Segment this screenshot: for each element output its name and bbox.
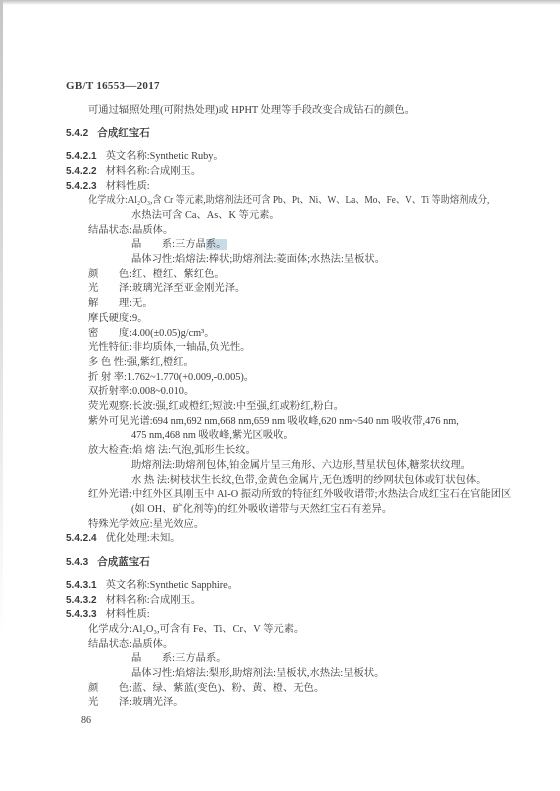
property-line: 摩氏硬度:9。: [88, 312, 552, 327]
property-line: 解 理:无。: [88, 297, 552, 312]
property-line: 水热法可含 Ca、As、K 等元素。: [131, 209, 552, 224]
property-line: 荧光观察:长波:强,红或橙红;短波:中至强,红或粉红,粉白。: [88, 400, 552, 415]
intro-paragraph: 可通过辐照处理(可附热处理)或 HPHT 处理等手段改变合成钻石的颜色。: [88, 104, 552, 119]
clause-line: 5.4.3.3材料性质:: [66, 608, 552, 623]
clause-text: 英文名称:Synthetic Sapphire。: [106, 580, 238, 591]
property-line: 晶 系:三方晶系。: [131, 238, 552, 253]
property-line: 475 nm,468 nm 吸收峰,紫光区吸收。: [131, 429, 552, 444]
scan-edge-top: [0, 0, 560, 5]
property-line: 红外光谱:中红外区具刚玉中 Al-O 振动所致的特征红外吸收谱带;水热法合成红宝…: [88, 488, 552, 503]
property-text: 晶 系:三方晶: [131, 239, 206, 250]
property-line: 紫外可见光谱:694 nm,692 nm,668 nm,659 nm 吸收峰,6…: [88, 415, 552, 430]
property-line: 晶体习性:焰熔法:梨形,助熔剂法:呈板状,水热法:呈板状。: [131, 667, 552, 682]
section-title: 合成蓝宝石: [97, 556, 150, 568]
property-line: 颜 色:蓝、绿、紫蓝(变色)、粉、黄、橙、无色。: [88, 682, 552, 697]
property-line: 折 射 率:1.762~1.770(+0.009,-0.005)。: [88, 371, 552, 386]
clause-number: 5.4.2.3: [66, 181, 97, 192]
clause-number: 5.4.3.2: [66, 595, 97, 606]
page-number: 86: [81, 714, 552, 729]
clause-line: 5.4.2.1英文名称:Synthetic Ruby。: [66, 150, 552, 165]
scan-edge-left: [0, 0, 3, 640]
clause-text: 材料性质:: [106, 609, 150, 620]
clause-line: 5.4.2.4优化处理:未知。: [66, 532, 552, 547]
property-line: 密 度:4.00(±0.05)g/cm³。: [88, 327, 552, 342]
property-line: 结晶状态:晶质体。: [88, 224, 552, 239]
property-line: (如 OH、矿化剂等)的红外吸收谱带与天然红宝石有差异。: [131, 503, 552, 518]
property-line: 助熔剂法:助熔剂包体,铂金属片呈三角形、六边形,彗星状包体,糖浆状纹理。: [131, 459, 552, 474]
property-line: 晶体习性:焰熔法:棒状;助熔剂法:菱面体;水热法:呈板状。: [131, 253, 552, 268]
section-number: 5.4.3: [66, 557, 88, 568]
clause-text: 英文名称:Synthetic Ruby。: [106, 151, 224, 162]
property-line: 光性特征:非均质体,一轴晶,负光性。: [88, 341, 552, 356]
section-title: 合成红宝石: [97, 127, 150, 139]
section-number: 5.4.2: [66, 128, 88, 139]
clause-number: 5.4.2.1: [66, 151, 97, 162]
property-line: 双折射率:0.008~0.010。: [88, 385, 552, 400]
highlight-mark: 系。: [206, 239, 227, 250]
property-line: 多 色 性:强,紫红,橙红。: [88, 356, 552, 371]
standard-number: GB/T 16553—2017: [66, 79, 552, 94]
property-line: 水 热 法:树枝状生长纹,色带,金黄色金属片,无色透明的纱网状包体或钉状包体。: [131, 474, 552, 489]
clause-text: 优化处理:未知。: [106, 533, 181, 544]
clause-number: 5.4.2.2: [66, 166, 97, 177]
clause-line: 5.4.2.2材料名称:合成刚玉。: [66, 165, 552, 180]
clause-line: 5.4.2.3材料性质:: [66, 180, 552, 195]
clause-number: 5.4.3.3: [66, 609, 97, 620]
property-line: 晶 系:三方晶系。: [131, 652, 552, 667]
property-line: 结晶状态:晶质体。: [88, 638, 552, 653]
clause-text: 材料名称:合成刚玉。: [106, 595, 202, 606]
property-line: 放大检查:焰 熔 法:气泡,弧形生长纹。: [88, 444, 552, 459]
property-line: 光 泽:玻璃光泽。: [88, 696, 552, 711]
property-line: 光 泽:玻璃光泽至亚金刚光泽。: [88, 282, 552, 297]
section-heading: 5.4.2合成红宝石: [66, 126, 552, 142]
clause-text: 材料名称:合成刚玉。: [106, 166, 202, 177]
clause-number: 5.4.2.4: [66, 533, 97, 544]
section-heading: 5.4.3合成蓝宝石: [66, 555, 552, 571]
clause-text: 材料性质:: [106, 181, 150, 192]
clause-line: 5.4.3.1英文名称:Synthetic Sapphire。: [66, 579, 552, 594]
property-line: 化学成分:Al₂O₃,可含有 Fe、Ti、Cr、V 等元素。: [88, 623, 552, 638]
property-line: 颜 色:红、橙红、紫红色。: [88, 268, 552, 283]
property-line: 化学成分:Al₂O₃,含 Cr 等元素,助熔剂法还可含 Pb、Pt、Ni、W、L…: [88, 194, 506, 209]
page-content: GB/T 16553—2017 可通过辐照处理(可附热处理)或 HPHT 处理等…: [66, 79, 552, 729]
clause-line: 5.4.3.2材料名称:合成刚玉。: [66, 594, 552, 609]
property-line: 特殊光学效应:星光效应。: [88, 518, 552, 533]
document-page: GB/T 16553—2017 可通过辐照处理(可附热处理)或 HPHT 处理等…: [0, 0, 560, 791]
clause-number: 5.4.3.1: [66, 580, 97, 591]
